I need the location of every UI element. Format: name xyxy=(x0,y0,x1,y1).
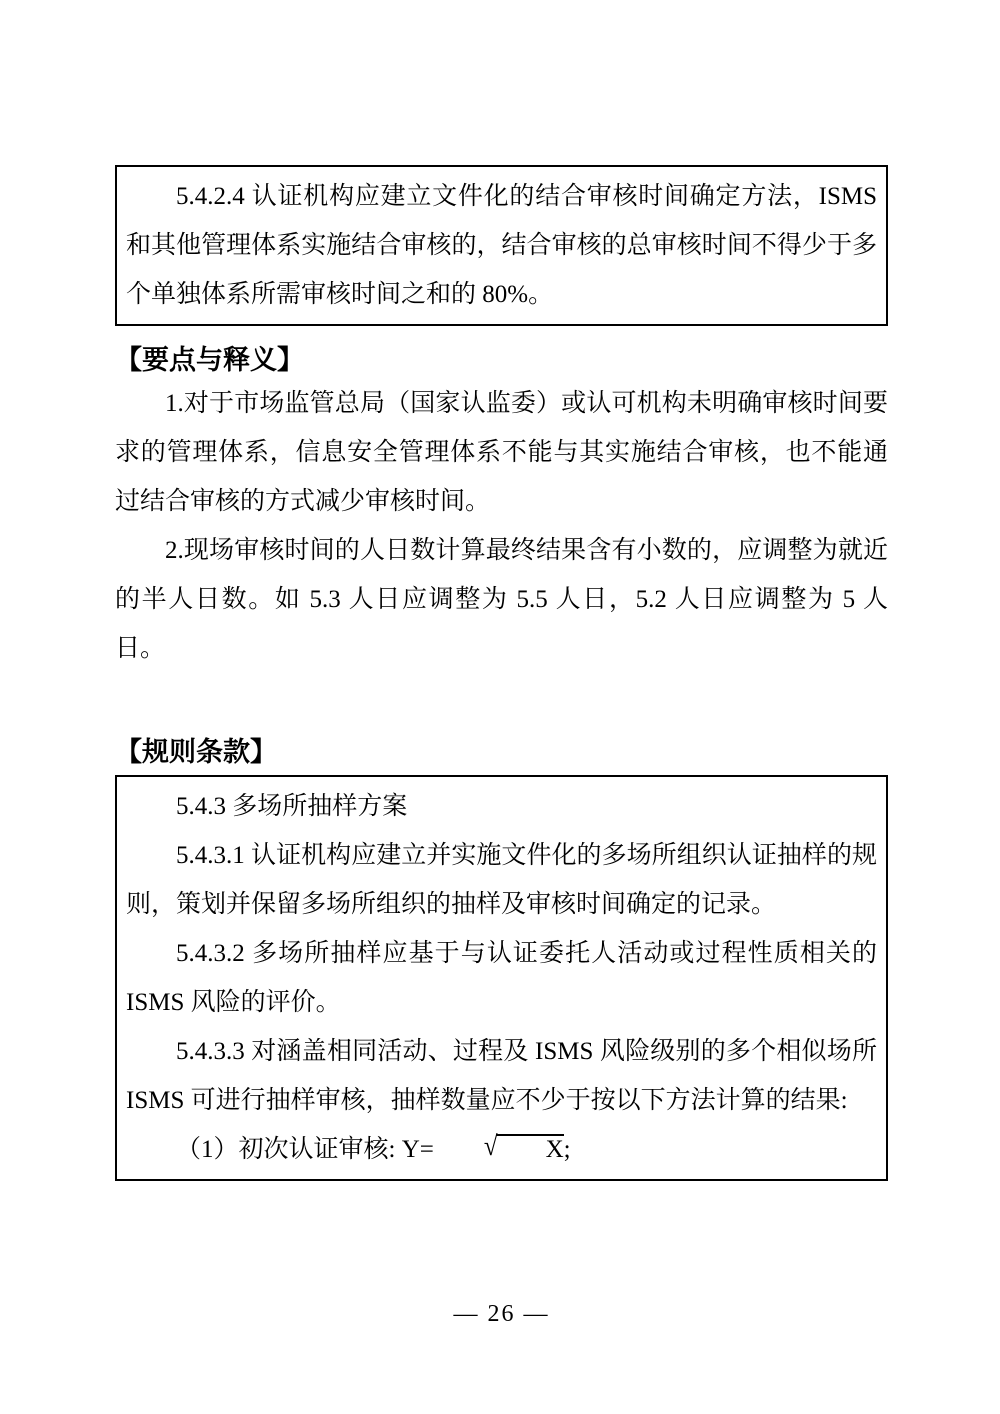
key-points-paragraph-1: 1.对于市场监管总局（国家认监委）或认可机构未明确审核时间要求的管理体系，信息安… xyxy=(115,379,888,526)
rule-clause-5433-text: 5.4.3.3 对涵盖相同活动、过程及 ISMS 风险级别的多个相似场所 ISM… xyxy=(126,1027,877,1125)
heading-key-points: 【要点与释义】 xyxy=(115,341,888,379)
key-points-paragraph-2: 2.现场审核时间的人日数计算最终结果含有小数的，应调整为就近的半人日数。如 5.… xyxy=(115,526,888,673)
square-root-radicand: X xyxy=(496,1134,564,1164)
rule-clause-5424-text: 5.4.2.4 认证机构应建立文件化的结合审核时间确定方法，ISMS 和其他管理… xyxy=(126,172,877,319)
formula-suffix: ; xyxy=(564,1136,571,1163)
initial-audit-formula: Y=√X; xyxy=(402,1136,571,1163)
formula-line: （1）初次认证审核: Y=√X; xyxy=(126,1125,877,1174)
formula-prefix: Y= xyxy=(402,1136,434,1163)
heading-rule-clauses: 【规则条款】 xyxy=(115,733,888,771)
rule-clause-box-5424: 5.4.2.4 认证机构应建立文件化的结合审核时间确定方法，ISMS 和其他管理… xyxy=(115,165,888,326)
document-page: 5.4.2.4 认证机构应建立文件化的结合审核时间确定方法，ISMS 和其他管理… xyxy=(0,0,1000,1414)
square-root-radical-sign: √ xyxy=(434,1119,498,1174)
page-content: 5.4.2.4 认证机构应建立文件化的结合审核时间确定方法，ISMS 和其他管理… xyxy=(115,0,888,1181)
rule-clause-box-543: 5.4.3 多场所抽样方案 5.4.3.1 认证机构应建立并实施文件化的多场所组… xyxy=(115,775,888,1181)
rule-clause-5432-text: 5.4.3.2 多场所抽样应基于与认证委托人活动或过程性质相关的 ISMS 风险… xyxy=(126,929,877,1027)
rule-clause-5431-text: 5.4.3.1 认证机构应建立并实施文件化的多场所组织认证抽样的规则，策划并保留… xyxy=(126,831,877,929)
rule-clause-543-title: 5.4.3 多场所抽样方案 xyxy=(126,782,877,831)
formula-label: （1）初次认证审核: xyxy=(176,1136,402,1163)
page-number: — 26 — xyxy=(115,1296,888,1332)
